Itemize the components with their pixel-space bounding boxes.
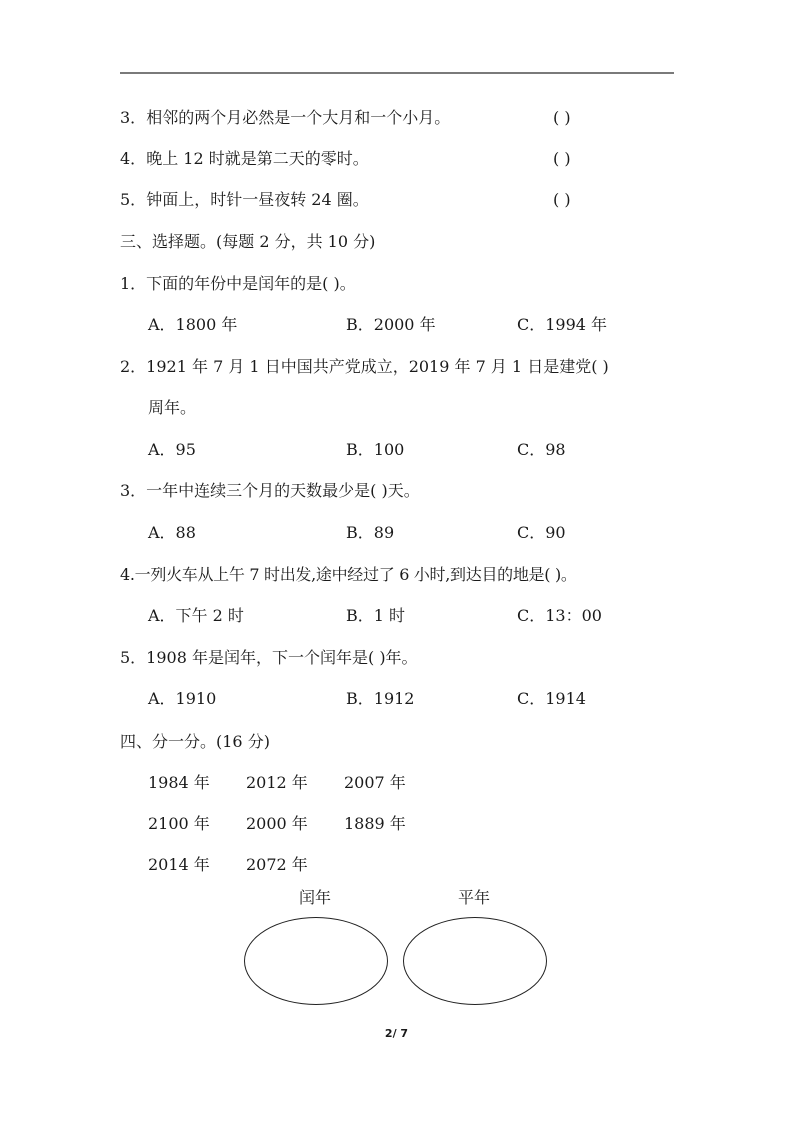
question-4-stem: 4.一列火车从上午 7 时出发,途中经过了 6 小时,到达目的地是( )。 [120, 565, 577, 585]
year-item[interactable]: 2012 年 [246, 773, 308, 793]
year-item[interactable]: 1889 年 [344, 814, 406, 834]
common-year-label: 平年 [458, 888, 490, 908]
item-text: 晚上 12 时就是第二天的零时。 [146, 149, 369, 168]
option-a[interactable]: A．95 [148, 440, 196, 460]
option-a[interactable]: A．1800 年 [148, 315, 237, 335]
item-number: 5． [120, 190, 146, 209]
question-5-stem: 5．1908 年是闰年，下一个闰年是( )年。 [120, 648, 418, 668]
option-c[interactable]: C．1994 年 [517, 315, 607, 335]
option-c[interactable]: C．1914 [517, 689, 586, 709]
page-number: 2/ 7 [0, 1027, 793, 1040]
leap-year-label: 闰年 [299, 888, 331, 908]
answer-blank[interactable]: ( ) [553, 149, 571, 169]
option-c[interactable]: C．98 [517, 440, 566, 460]
option-a[interactable]: A．88 [148, 523, 196, 543]
year-item[interactable]: 1984 年 [148, 773, 210, 793]
answer-blank[interactable]: ( ) [553, 108, 571, 128]
item-number: 3． [120, 108, 146, 127]
common-year-oval[interactable] [403, 917, 547, 1005]
header-rule [120, 72, 674, 74]
year-item[interactable]: 2007 年 [344, 773, 406, 793]
question-2-stem-continued: 周年。 [148, 398, 196, 418]
option-b[interactable]: B．1912 [346, 689, 414, 709]
option-a[interactable]: A．下午 2 时 [148, 606, 244, 626]
option-b[interactable]: B．2000 年 [346, 315, 436, 335]
year-item[interactable]: 2014 年 [148, 855, 210, 875]
question-3-stem: 3．一年中连续三个月的天数最少是( )天。 [120, 481, 420, 501]
judgement-item-4: 4．晚上 12 时就是第二天的零时。 [120, 149, 369, 169]
judgement-item-5: 5．钟面上，时针一昼夜转 24 圈。 [120, 190, 369, 210]
answer-blank[interactable]: ( ) [553, 190, 571, 210]
option-a[interactable]: A．1910 [148, 689, 216, 709]
question-2-stem: 2．1921 年 7 月 1 日中国共产党成立，2019 年 7 月 1 日是建… [120, 357, 609, 377]
year-item[interactable]: 2000 年 [246, 814, 308, 834]
section-heading-choice: 三、选择题。(每题 2 分，共 10 分) [120, 232, 375, 252]
option-c[interactable]: C．90 [517, 523, 566, 543]
year-item[interactable]: 2072 年 [246, 855, 308, 875]
option-b[interactable]: B．1 时 [346, 606, 405, 626]
section-heading-sort: 四、分一分。(16 分) [120, 732, 270, 752]
question-1-stem: 1．下面的年份中是闰年的是( )。 [120, 274, 356, 294]
option-c[interactable]: C．13：00 [517, 606, 602, 626]
option-b[interactable]: B．100 [346, 440, 404, 460]
item-text: 相邻的两个月必然是一个大月和一个小月。 [146, 108, 450, 127]
item-text: 钟面上，时针一昼夜转 24 圈。 [146, 190, 369, 209]
leap-year-oval[interactable] [244, 917, 388, 1005]
option-b[interactable]: B．89 [346, 523, 394, 543]
item-number: 4． [120, 149, 146, 168]
judgement-item-3: 3．相邻的两个月必然是一个大月和一个小月。 [120, 108, 450, 128]
year-item[interactable]: 2100 年 [148, 814, 210, 834]
